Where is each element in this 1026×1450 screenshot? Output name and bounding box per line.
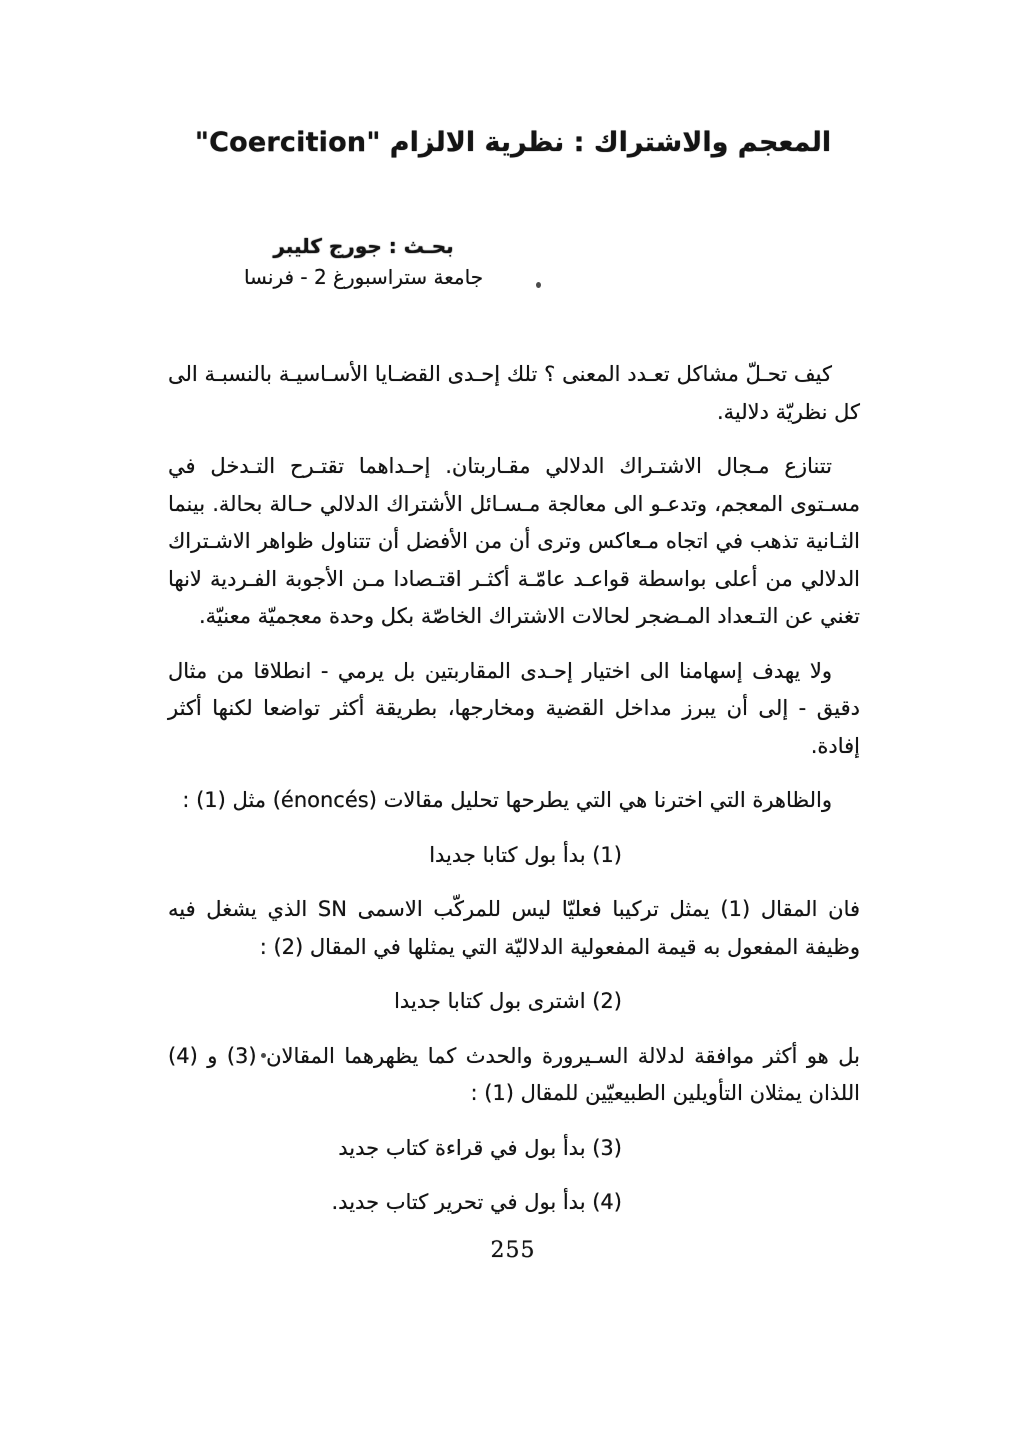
scanned-paper-page: المعجم والاشتراك : نظرية الالزام "Coerci… bbox=[0, 0, 1026, 1450]
example-sentence-4: (4) بدأ بول في تحرير كتاب جديد. bbox=[168, 1184, 860, 1222]
example-sentence-1: (1) بدأ بول كتابا جديدا bbox=[168, 837, 860, 875]
author-byline: بحـث : جورج كليبر bbox=[237, 233, 490, 260]
paragraph-two-approaches: تتنازع مـجال الاشتـراك الدلالي مقـاربتان… bbox=[168, 448, 860, 636]
page-number: 255 bbox=[0, 1238, 1026, 1263]
paragraph-analysis-1: فان المقال (1) يمثل تركيبا فعليّا ليس لل… bbox=[168, 891, 860, 966]
article-body: كيف تحـلّ مشاكل تعـدد المعنى ؟ تلك إحـدى… bbox=[168, 356, 860, 1239]
example-sentence-3: (3) بدأ بول في قراءة كتاب جديد bbox=[168, 1130, 860, 1168]
paragraph-phenomenon: والظاهرة التي اخترنا هي التي يطرحها تحلي… bbox=[168, 782, 860, 820]
paragraph-analysis-2: بل هو أكثر موافقة لدلالة السـيرورة والحد… bbox=[168, 1038, 860, 1113]
scan-speck bbox=[536, 282, 541, 288]
author-block: بحـث : جورج كليبر جامعة ستراسبورغ 2 - فر… bbox=[237, 233, 490, 291]
example-sentence-2: (2) اشترى بول كتابا جديدا bbox=[168, 983, 860, 1021]
paragraph-contribution-aim: ولا يهدف إسهامنا الى اختيار إحـدى المقار… bbox=[168, 653, 860, 766]
author-affiliation: جامعة ستراسبورغ 2 - فرنسا bbox=[237, 264, 490, 291]
paper-title: المعجم والاشتراك : نظرية الالزام "Coerci… bbox=[0, 127, 1026, 158]
paragraph-intro: كيف تحـلّ مشاكل تعـدد المعنى ؟ تلك إحـدى… bbox=[168, 356, 860, 431]
